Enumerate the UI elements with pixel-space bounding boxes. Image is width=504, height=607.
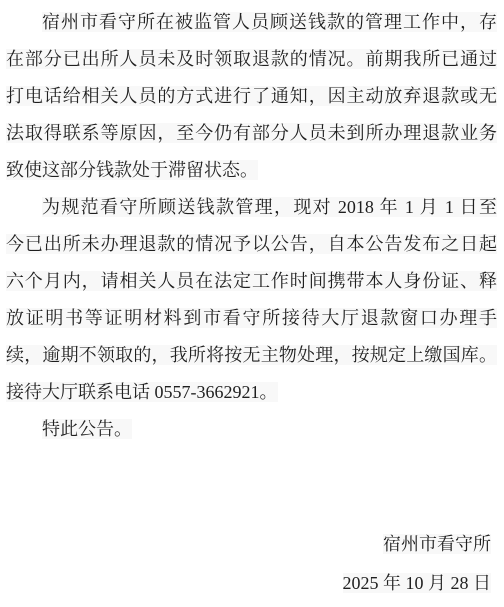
notice-document: 宿州市看守所在被监管人员顾送钱款的管理工作中，存 在部分已出所人员未及时领取退款… [0, 0, 504, 603]
text-line: 今已出所未办理退款的情况予以公告，自本公告发布之日起 [6, 226, 497, 263]
text-run: 接待大厅联系电话 0557-3662921。 [6, 382, 278, 402]
text-run: 续，逾期不领取的，我所将按无主物处理，按规定上缴国库。 [6, 345, 497, 365]
contact-phone-line: 接待大厅联系电话 0557-3662921。 [6, 374, 497, 411]
signature-line: 宿州市看守所 [6, 525, 491, 564]
text-line: 宿州市看守所在被监管人员顾送钱款的管理工作中，存 [6, 4, 497, 41]
text-run: 法取得联系等原因，至今仍有部分人员未到所办理退款业务 [6, 123, 497, 143]
text-line: 六个月内，请相关人员在法定工作时间携带本人身份证、释 [6, 263, 497, 300]
text-run: 六个月内，请相关人员在法定工作时间携带本人身份证、释 [6, 271, 497, 291]
text-run: 打电话给相关人员的方式进行了通知，因主动放弃退款或无 [6, 86, 497, 106]
text-run: 2025 年 10 月 28 日 [343, 573, 492, 593]
paragraph-1: 宿州市看守所在被监管人员顾送钱款的管理工作中，存 在部分已出所人员未及时领取退款… [6, 4, 497, 189]
text-run: 宿州市看守所 [383, 534, 491, 554]
text-run: 特此公告。 [42, 419, 132, 439]
text-line: 法取得联系等原因，至今仍有部分人员未到所办理退款业务 [6, 115, 497, 152]
text-run: 致使这部分钱款处于滞留状态。 [6, 160, 258, 180]
closing-line: 特此公告。 [6, 411, 497, 448]
text-run: 在部分已出所人员未及时领取退款的情况。前期我所已通过 [6, 49, 497, 69]
text-line: 致使这部分钱款处于滞留状态。 [6, 152, 497, 189]
text-run: 放证明书等证明材料到市看守所接待大厅退款窗口办理手 [6, 308, 497, 328]
text-line: 续，逾期不领取的，我所将按无主物处理，按规定上缴国库。 [6, 337, 497, 374]
text-run: 宿州市看守所在被监管人员顾送钱款的管理工作中，存 [42, 12, 497, 32]
paragraph-3: 特此公告。 [6, 411, 497, 448]
signature-block: 宿州市看守所 2025 年 10 月 28 日 [6, 525, 497, 603]
text-line: 打电话给相关人员的方式进行了通知，因主动放弃退款或无 [6, 78, 497, 115]
text-line: 为规范看守所顾送钱款管理，现对 2018 年 1 月 1 日至 [6, 189, 497, 226]
text-run: 为规范看守所顾送钱款管理，现对 2018 年 1 月 1 日至 [42, 197, 497, 217]
date-line: 2025 年 10 月 28 日 [6, 564, 491, 603]
paragraph-2: 为规范看守所顾送钱款管理，现对 2018 年 1 月 1 日至 今已出所未办理退… [6, 189, 497, 411]
text-run: 今已出所未办理退款的情况予以公告，自本公告发布之日起 [6, 234, 497, 254]
text-line: 在部分已出所人员未及时领取退款的情况。前期我所已通过 [6, 41, 497, 78]
text-line: 放证明书等证明材料到市看守所接待大厅退款窗口办理手 [6, 300, 497, 337]
